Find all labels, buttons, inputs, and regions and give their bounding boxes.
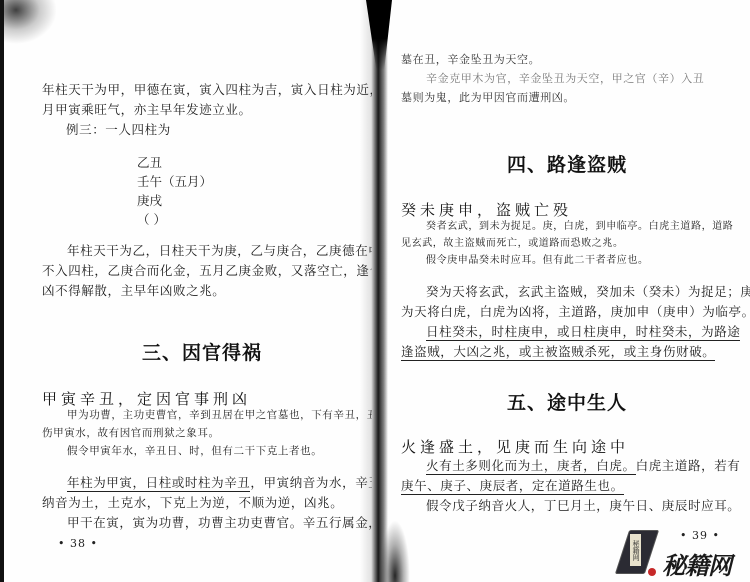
subheading-4: 癸未庚申，盗贼亡殁	[401, 199, 572, 220]
text-line: 月甲寅乘旺气，亦主早年发迹立业。	[42, 100, 396, 120]
book-label: 秘籍网	[630, 534, 641, 566]
commentary-3: 年柱为甲寅，日柱或时柱为辛丑，甲寅纳音为水，辛丑 纳音为土，土克水，下克上为逆，…	[42, 473, 395, 533]
explanation-4: 癸者玄武，到未为捉足。庚，白虎，到申临亭。白虎主道路，道路 见玄武，故主盗贼而死…	[401, 218, 733, 252]
underlined-text: 日柱癸未，时柱庚申，	[426, 324, 557, 341]
hypothesis-4: 假令庚申晶癸未时应耳。但有此二干者者应也。	[426, 252, 649, 269]
pillar-day: 庚戌	[137, 191, 212, 210]
section-title-4: 四、路逢盗贼	[507, 150, 627, 177]
underlined-text: 火有土多则化而为土，庚者，白虎。	[426, 458, 636, 475]
page-number-left: • 38 •	[58, 537, 98, 550]
four-pillars: 乙丑 壬午（五月） 庚戌 （ ）	[137, 153, 212, 229]
text-line: 年柱天干为甲，甲德在寅，寅入四柱为吉，寅入日柱为近，正	[42, 80, 396, 100]
pillar-year: 乙丑	[137, 153, 212, 172]
explanation-5: 火有土多则化而为土，庚者，白虎。白虎主道路，若有 庚午、庚子、庚辰者，定在道路生…	[401, 456, 740, 516]
text-line: 甲为功曹，主功吏曹官，辛到丑居在甲之官墓也，下有辛丑，丑土	[42, 406, 389, 424]
underlined-text: 庚午、庚子、庚辰者，定在道路生也。	[401, 478, 624, 495]
text-line: 凶不得解散，主早年凶败之兆。	[42, 281, 395, 301]
subheading-5: 火逢盛土，见庚而生向途中	[401, 436, 629, 457]
underlined-text: 或日柱庚申，时柱癸未，为路途	[557, 324, 740, 341]
commentary-4: 癸为天将玄武，玄武主盗贼，癸加未（癸未）为捉足；庚 为天将白虎，白虎为凶将，主道…	[401, 282, 750, 362]
section-title-5: 五、途中生人	[507, 388, 627, 415]
book-spread: 年柱天干为甲，甲德在寅，寅入四柱为吉，寅入日柱为近，正 月甲寅乘旺气，亦主早年发…	[0, 0, 750, 582]
text-span: 白虎主道路，若有	[636, 458, 741, 473]
section-title-3: 三、因官得祸	[142, 338, 262, 365]
text-line: 甲干在寅，寅为功曹，功曹主功吏曹官。辛五行属金，金	[42, 513, 395, 533]
explanation-3: 甲为功曹，主功吏曹官，辛到丑居在甲之官墓也，下有辛丑，丑土 伤甲寅水，故有因官而…	[42, 406, 389, 442]
text-line: 见玄武，故主盗贼而死亡，或道路而恐败之兆。	[401, 235, 733, 252]
text-line: 癸为天将玄武，玄武主盗贼，癸加未（癸未）为捉足；庚	[401, 282, 750, 302]
scan-ink-blot	[4, 0, 64, 50]
text-line: 癸者玄武，到未为捉足。庚，白虎，到申临亭。白虎主道路，道路	[401, 218, 733, 235]
text-line: 伤甲寅水，故有因官而刑狱之象耳。	[42, 424, 389, 442]
pillar-month: 壬午（五月）	[137, 172, 212, 191]
hypothesis-3: 假令甲寅年水，辛丑日、时，但有二干下克上者也。	[67, 442, 322, 460]
underlined-text: 年柱为甲寅，日柱或时柱为辛丑	[67, 475, 250, 492]
text-line: 墓则为鬼，此为甲因官而遭刑凶。	[401, 88, 704, 107]
underlined-text: 逢盗贼，大凶之兆，或主被盗贼杀死，或主身伤财破。	[401, 344, 715, 361]
text-line: 辛金克甲木为官，辛金坠丑为天空，甲之官（辛）入丑	[401, 69, 704, 88]
text-line: 年柱天干为乙，日柱天干为庚，乙与庚合，乙庚德在中，	[42, 241, 395, 261]
text-line: 假令戊子纳音火人，丁巳月土，庚午日、庚辰时应耳。	[401, 496, 740, 516]
text-line: 为天将白虎，白虎为凶将，主道路，庚加申（庚申）为临亭。	[401, 302, 750, 322]
intro-paragraph: 年柱天干为甲，甲德在寅，寅入四柱为吉，寅入日柱为近，正 月甲寅乘旺气，亦主早年发…	[42, 80, 396, 120]
site-watermark: 秘籍网 秘籍网	[618, 528, 748, 580]
example-label: 例三：一人四柱为	[66, 120, 171, 140]
analysis-paragraph: 年柱天干为乙，日柱天干为庚，乙与庚合，乙庚德在中， 不入四柱，乙庚合而化金，五月…	[42, 241, 395, 301]
text-line: 墓在丑，辛金坠丑为天空。	[401, 50, 704, 69]
book-gutter-shadow	[360, 0, 388, 582]
text-line: 纳音为土，土克水，下克上为逆，不顺为逆，凶兆。	[42, 493, 395, 513]
pillar-hour: （ ）	[137, 210, 212, 229]
seal-icon	[648, 568, 656, 576]
text-line: 不入四柱，乙庚合而化金，五月乙庚金败，又落空亡，逢合	[42, 261, 395, 281]
carryover-text: 墓在丑，辛金坠丑为天空。 辛金克甲木为官，辛金坠丑为天空，甲之官（辛）入丑 墓则…	[401, 50, 704, 107]
watermark-text: 秘籍网	[662, 546, 731, 581]
